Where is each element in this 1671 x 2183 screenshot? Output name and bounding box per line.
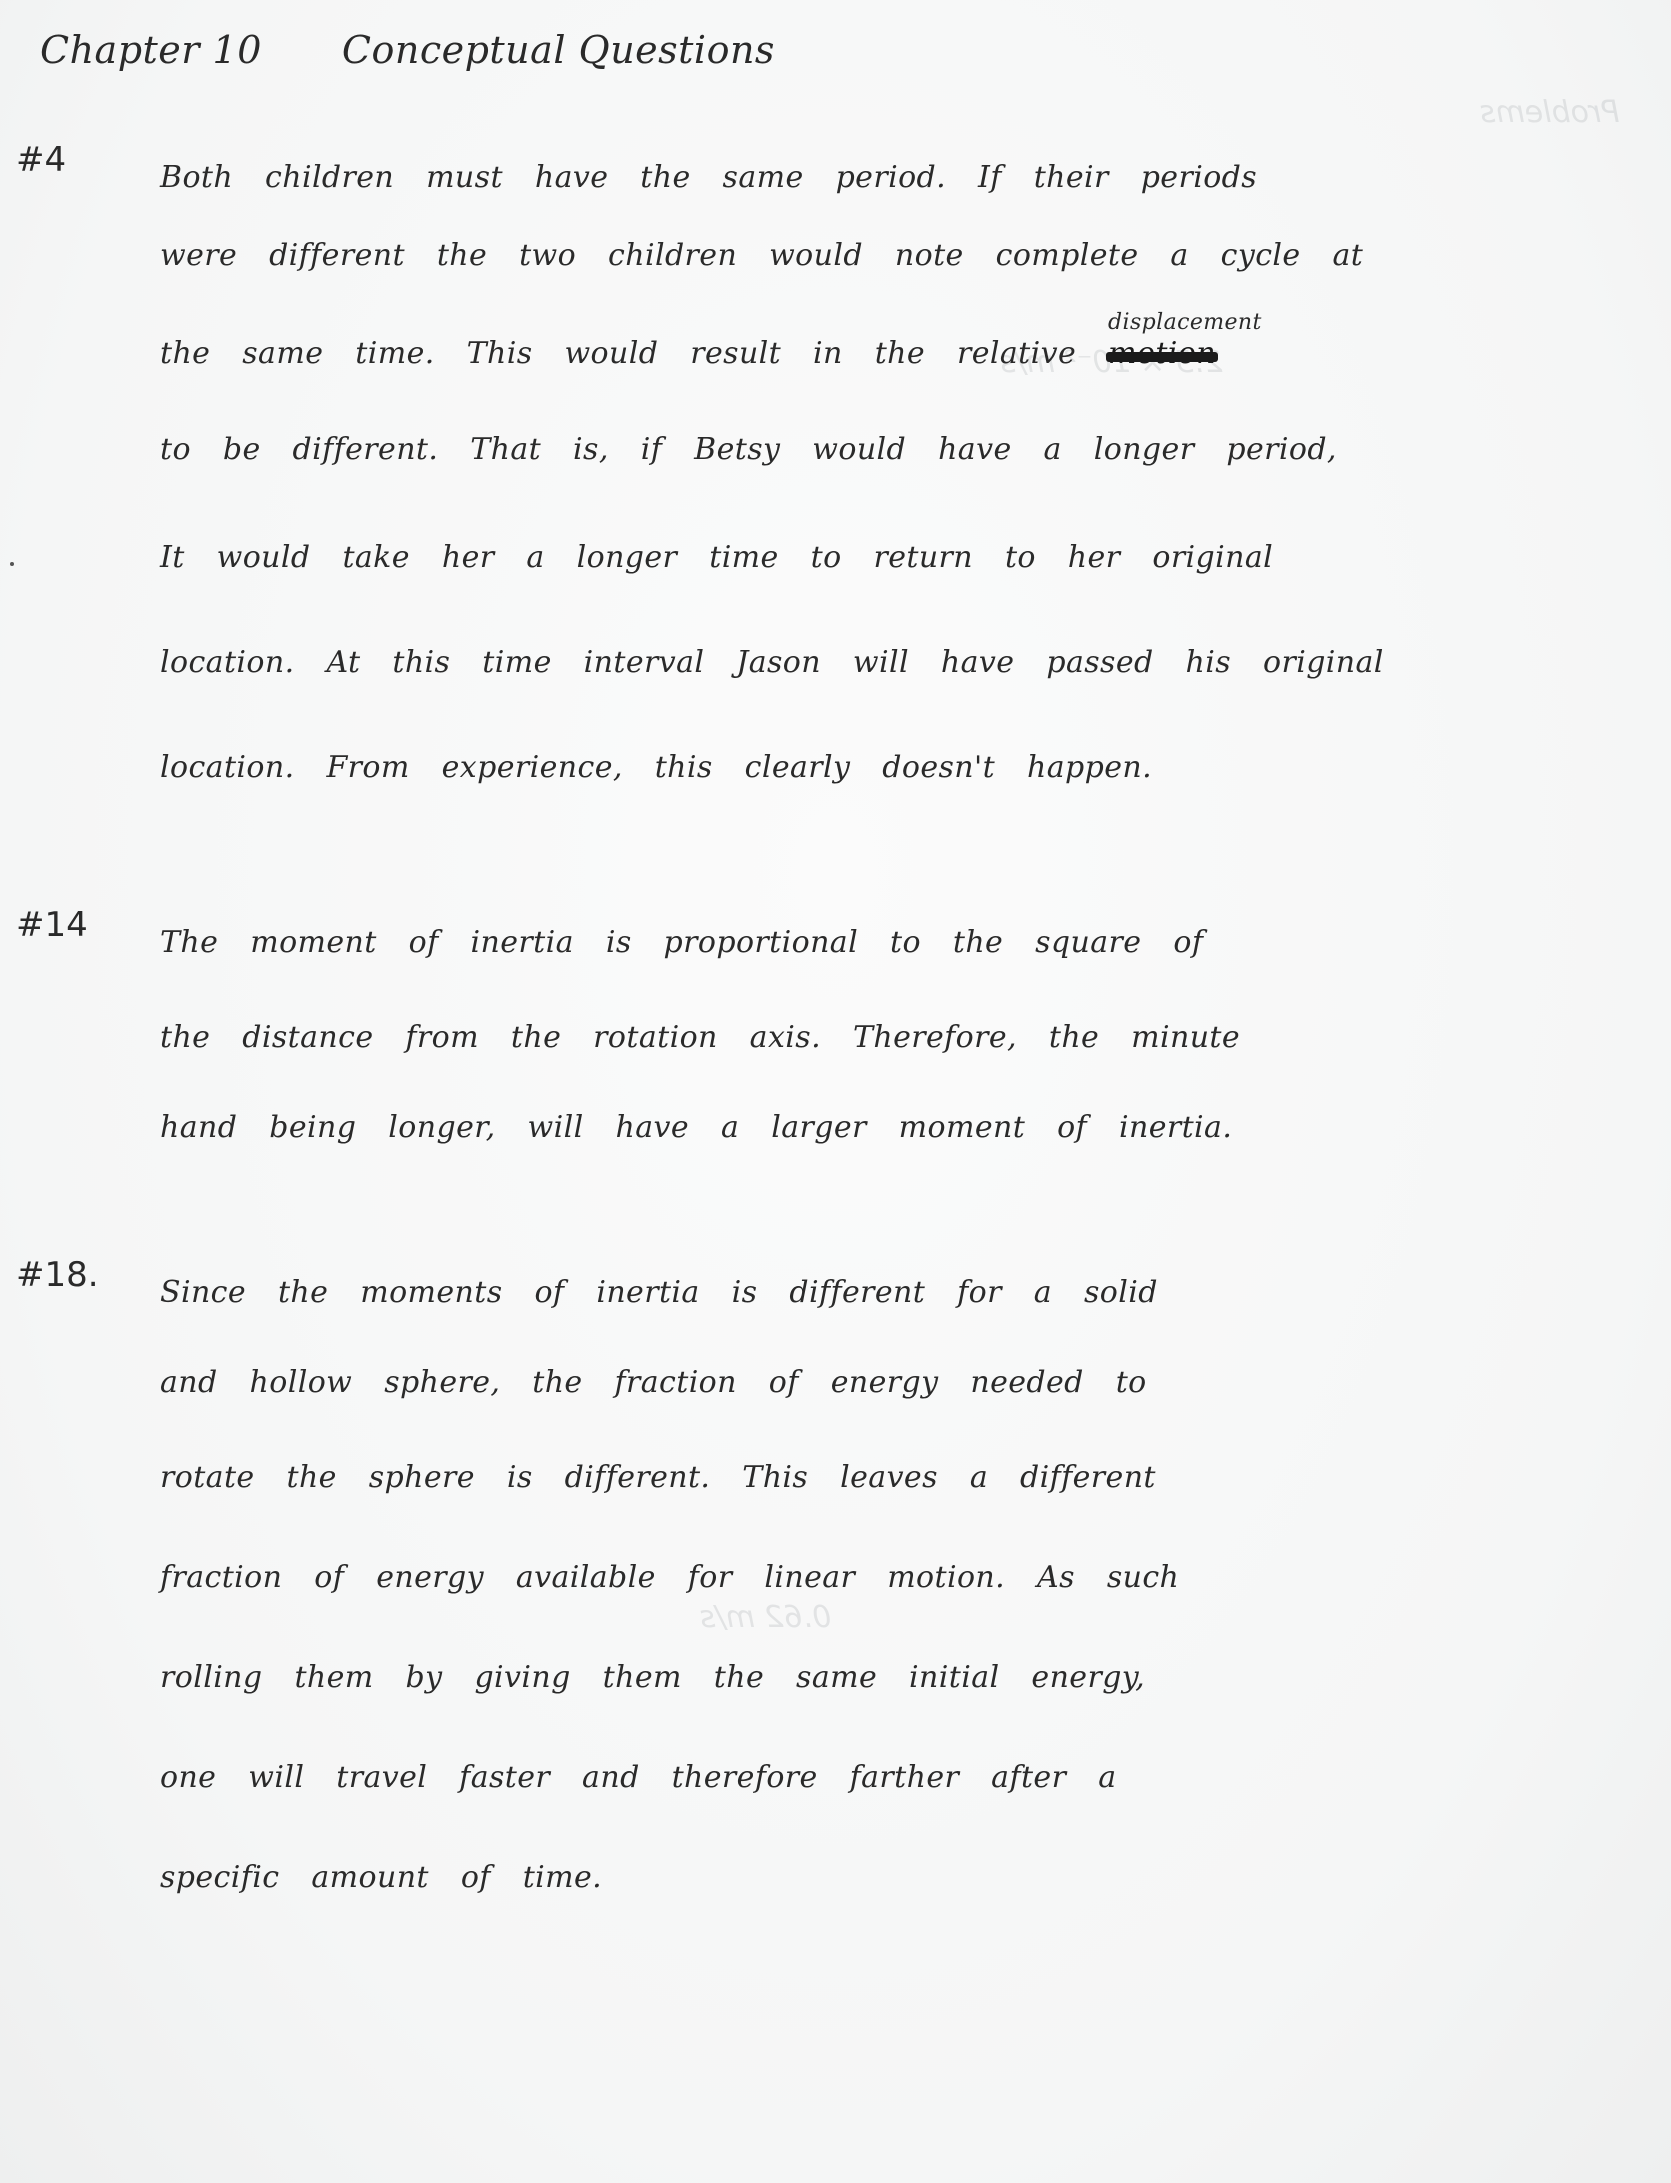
answer-line: hand being longer, will have a larger mo…	[160, 1110, 1232, 1145]
answer-line: location. At this time interval Jason wi…	[160, 645, 1384, 680]
answer-line: rolling them by giving them the same ini…	[160, 1660, 1145, 1695]
answer-line: one will travel faster and therefore far…	[160, 1760, 1117, 1795]
answer-line: Since the moments of inertia is differen…	[160, 1275, 1158, 1310]
question-number-18: #18.	[16, 1255, 99, 1295]
answer-line: to be different. That is, if Betsy would…	[160, 432, 1337, 467]
bleed-through-texture: Problems	[1480, 95, 1619, 130]
struck-word: motion	[1108, 336, 1216, 371]
question-number-14: #14	[16, 905, 88, 945]
answer-text: the same time. This would result in the …	[160, 336, 1076, 371]
answer-line: It would take her a longer time to retur…	[160, 540, 1273, 575]
page-title: Conceptual Questions	[342, 28, 775, 72]
answer-line: Both children must have the same period.…	[160, 160, 1257, 195]
correction: displacement motion	[1108, 336, 1216, 371]
stray-mark	[10, 562, 14, 566]
answer-line: fraction of energy available for linear …	[160, 1560, 1179, 1595]
bleed-through-texture: 0.62 m/s	[700, 1600, 831, 1635]
answer-line: the distance from the rotation axis. The…	[160, 1020, 1240, 1055]
answer-line: location. From experience, this clearly …	[160, 750, 1152, 785]
page-header: Chapter 10 Conceptual Questions	[40, 28, 775, 72]
answer-line: and hollow sphere, the fraction of energ…	[160, 1365, 1147, 1400]
chapter-label: Chapter 10	[40, 28, 262, 72]
question-number-4: #4	[16, 140, 66, 180]
inserted-word: displacement	[1108, 310, 1262, 335]
answer-line: were different the two children would no…	[160, 238, 1363, 273]
answer-line: rotate the sphere is different. This lea…	[160, 1460, 1156, 1495]
answer-line: the same time. This would result in the …	[160, 336, 1216, 371]
answer-line: The moment of inertia is proportional to…	[160, 925, 1203, 960]
answer-line: specific amount of time.	[160, 1860, 602, 1895]
scanned-homework-page: Problems 2.5 × 10⁻² m/s 0.62 m/s Chapter…	[0, 0, 1671, 2183]
